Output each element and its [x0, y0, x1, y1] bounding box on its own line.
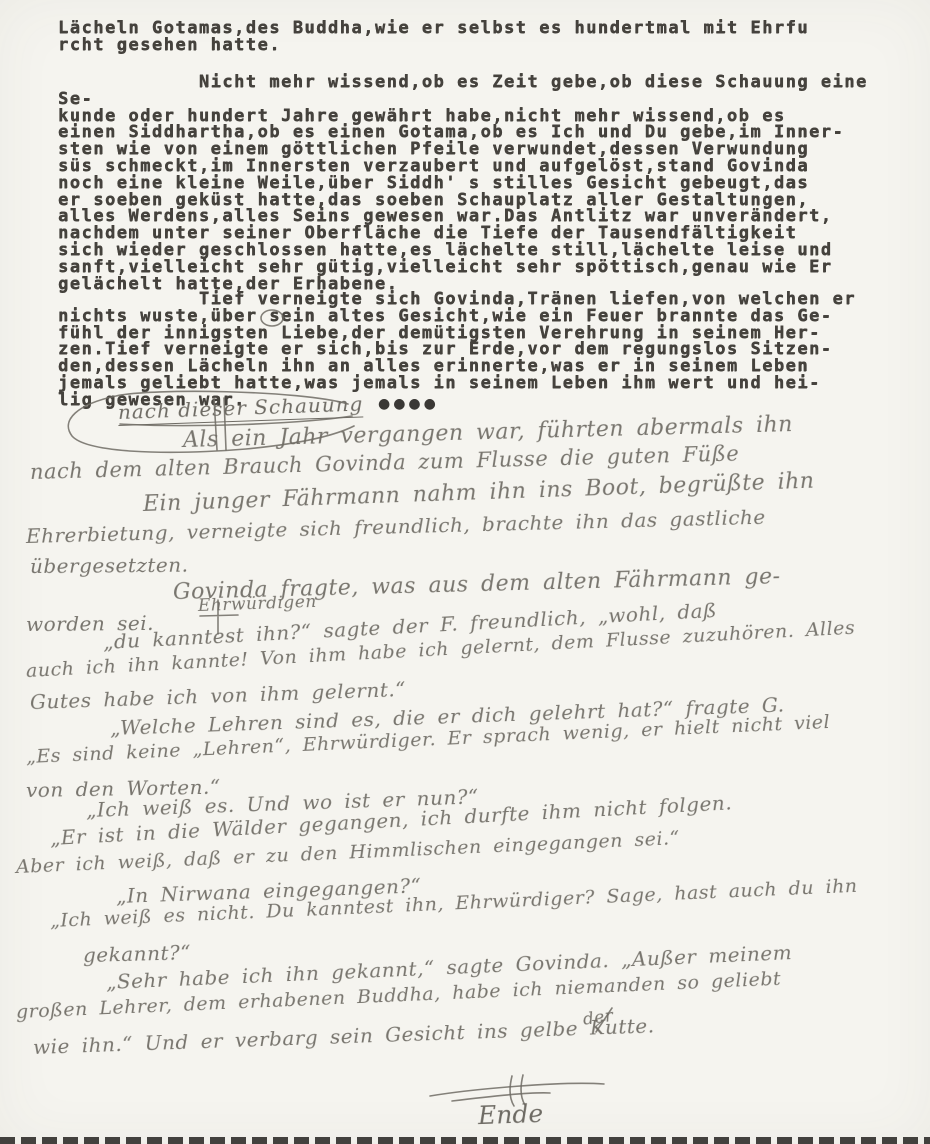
typescript-paragraph-3: Tief verneigte sich Govinda,Tränen liefe…	[58, 291, 888, 409]
scan-edge-artifact	[0, 1137, 930, 1144]
end-flourish-stroke	[430, 1083, 604, 1096]
typescript-paragraph-1: Lächeln Gotamas,des Buddha,wie er selbst…	[58, 20, 888, 54]
section-break-dots: ●●●●	[378, 396, 439, 412]
handwritten-line: übergesetzten.	[30, 553, 189, 578]
handwritten-insertion: Ehrwürdigen	[198, 592, 317, 616]
handwritten-line: wie ihn.“ Und er verbarg sein Gesicht in…	[33, 1013, 655, 1059]
handwritten-line: gekannt?“	[83, 940, 192, 967]
manuscript-page: Lächeln Gotamas,des Buddha,wie er selbst…	[0, 0, 930, 1144]
handwritten-insertion: der	[582, 1006, 615, 1030]
handwritten-line: Ehrerbietung, verneigte sich freundlich,…	[26, 505, 766, 548]
typescript-paragraph-2: Nicht mehr wissend,ob es Zeit gebe,ob di…	[58, 74, 888, 292]
end-mark: Ende	[478, 1099, 544, 1130]
